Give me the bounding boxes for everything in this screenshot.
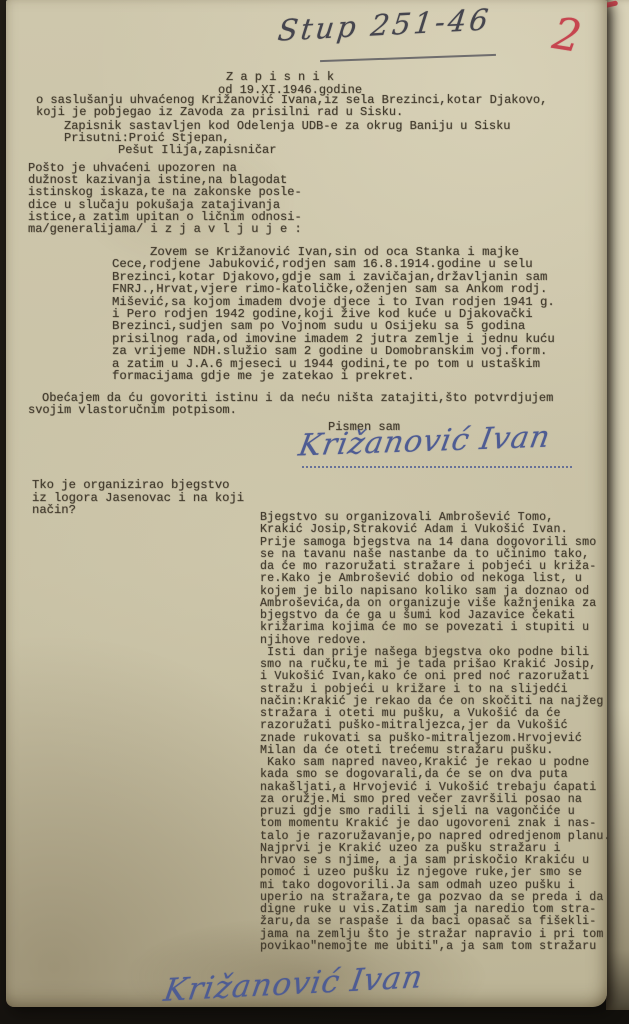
- text-line: Brezinci,sudjen sam po Vojnom sudu u Osi…: [112, 320, 555, 332]
- file-number-handwritten: Stup 251-46: [276, 2, 493, 47]
- oath-paragraph: Obećajem da ću govoriti istinu i da neću…: [28, 392, 553, 416]
- text-line: Tko je organizirao bjegstvo: [32, 479, 244, 492]
- text-line: njihove redove.: [260, 635, 611, 647]
- text-line: ma/generalijama/ i z j a v l j u j e :: [28, 223, 302, 235]
- text-line: koji je pobjegao iz Zavoda za prisilni r…: [36, 107, 547, 119]
- text-line: FNRJ.,Hrvat,vjere rimo-katoličke,oženjen…: [112, 283, 555, 295]
- text-line: Cece,rodjene Jabuković,rodjen sam 16.8.1…: [112, 258, 555, 270]
- text-line: kada smo se dogovarali,da će se on dva p…: [260, 769, 611, 781]
- text-line: povikao"nemojte me ubiti",a ja sam tom s…: [260, 941, 611, 953]
- text-line: pomoć i uzeo pušku iz njegove ruke,jer s…: [260, 867, 611, 879]
- text-line: nakašljati,a Hrvojević i Vukošić trebaju…: [260, 782, 611, 794]
- question-paragraph: Tko je organizirao bjegstvoiz logora Jas…: [32, 479, 244, 517]
- text-line: formacijama gdje me je zatekao i prekret…: [112, 370, 555, 382]
- text-line: Prije samoga bjegstva na 14 dana dogovor…: [260, 537, 611, 549]
- text-line: način?: [32, 504, 244, 517]
- text-line: jama na zemlju što je stražar napravio i…: [260, 929, 611, 941]
- text-line: za vrijeme NDH.služio sam 2 godine u Dom…: [112, 345, 555, 357]
- personal-statement-paragraph: Zovem se Križanović Ivan,sin od oca Stan…: [112, 246, 555, 382]
- text-line: znade rukovati sa puško-mitraljezom.Hrvo…: [260, 733, 611, 745]
- text-line: žaru,da se raspaše i da baci opasač sa f…: [260, 916, 611, 928]
- text-line: istinskog iskaza,te na zakonske posle-: [28, 186, 302, 198]
- signature-dotted-line: [302, 448, 572, 468]
- text-line: Krakić Josip,Straković Adam i Vukošić Iv…: [260, 524, 611, 536]
- text-line: tom momentu Krakić je dao ugovoreni znak…: [260, 818, 611, 830]
- text-line: križarima kojima će mo se povezati i stu…: [260, 622, 611, 634]
- footer-signature-handwritten: Križanović Ivan: [161, 959, 426, 1009]
- text-line: dice u slučaju pokušaja zatajivanja: [28, 199, 302, 211]
- intro-paragraph: o saslušanju uhvaćenog Križanović Ivana,…: [36, 95, 547, 118]
- text-line: i Vukošić Ivan,kako će oni pred noć razo…: [260, 671, 611, 683]
- answer-paragraph: Bjegstvo su organizovali Ambrošević Tomo…: [260, 512, 611, 953]
- scan-background: Stup 251-46 2 Z a p i s n i k od 19.XI.1…: [0, 0, 629, 1024]
- caution-paragraph: Pošto je uhvaćeni upozoren nadužnost kaz…: [28, 162, 302, 235]
- text-line: mi tako dogovorili.Ja sam odmah uzeo puš…: [260, 880, 611, 892]
- document-title: Z a p i s n i k: [226, 70, 334, 84]
- text-line: stražu i pobjeći u križare i to na slije…: [260, 684, 611, 696]
- text-line: svojim vlastoručnim potpisom.: [28, 404, 553, 416]
- file-number-underline: [320, 54, 496, 62]
- document-page: Stup 251-46 2 Z a p i s n i k od 19.XI.1…: [6, 0, 607, 1007]
- text-line: kojem je bilo napisano koliko sam ja doz…: [260, 586, 611, 598]
- text-line: talo je razoružavanje,po napred odredjen…: [260, 831, 611, 843]
- recorder-line: Pešut Ilija,zapisničar: [118, 143, 276, 157]
- page-number-stamp: 2: [549, 8, 585, 63]
- text-line: re.Kako je Ambrošević dobio od nekoga li…: [260, 573, 611, 585]
- text-line: razoružati puško-mitraljezca,jer da Vuko…: [260, 720, 611, 732]
